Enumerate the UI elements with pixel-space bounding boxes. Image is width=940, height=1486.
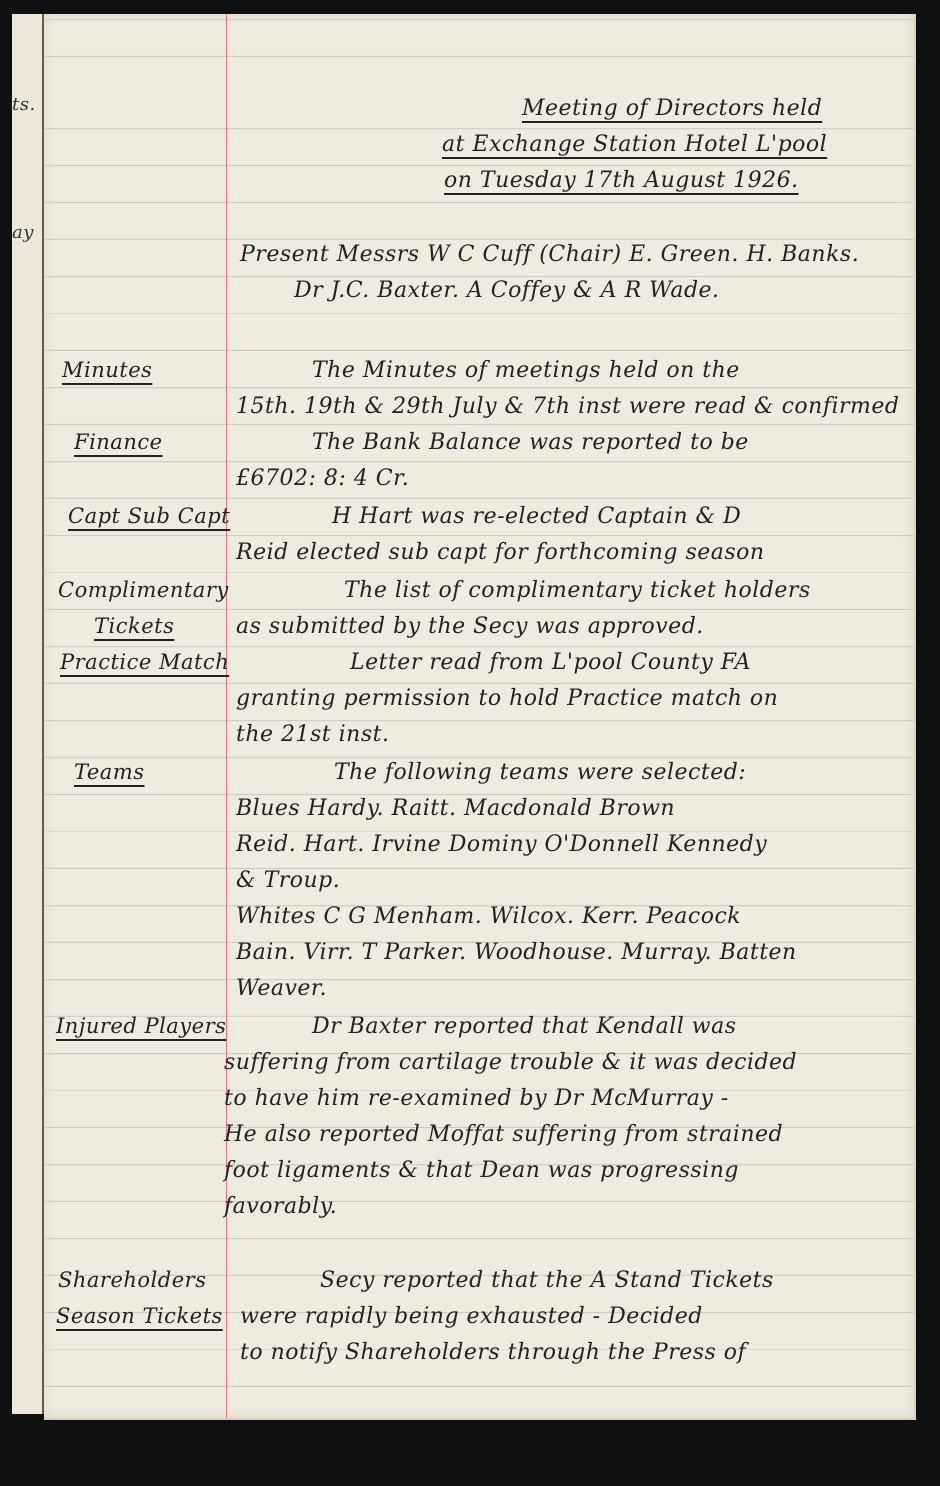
teams-line-whites-2: Bain. Virr. T Parker. Woodhouse. Murray.…	[236, 940, 797, 965]
minutes-line-1: The Minutes of meetings held on the	[312, 358, 740, 383]
ruled-lines	[44, 14, 914, 1418]
teams-line-1: The following teams were selected:	[334, 760, 746, 785]
complimentary-line-2: as submitted by the Secy was approved.	[236, 614, 704, 639]
present-line-1: Present Messrs W C Cuff (Chair) E. Green…	[240, 242, 859, 267]
heading-line-2: at Exchange Station Hotel L'pool	[442, 132, 827, 157]
practice-line-3: the 21st inst.	[236, 722, 389, 747]
injured-line-1: Dr Baxter reported that Kendall was	[312, 1014, 737, 1039]
prev-page-fragment: ay	[12, 222, 34, 243]
practice-line-1: Letter read from L'pool County FA	[350, 650, 751, 675]
margin-heading-shareholders: Shareholders	[58, 1268, 206, 1292]
teams-line-blues-2: Reid. Hart. Irvine Dominy O'Donnell Kenn…	[236, 832, 767, 857]
heading-line-1: Meeting of Directors held	[522, 96, 822, 121]
margin-heading-practice-match: Practice Match	[60, 650, 229, 674]
heading-line-3: on Tuesday 17th August 1926.	[444, 168, 799, 193]
margin-heading-injured-players: Injured Players	[56, 1014, 226, 1038]
finance-line-2: £6702: 8: 4 Cr.	[236, 466, 409, 491]
injured-line-4: He also reported Moffat suffering from s…	[224, 1122, 783, 1147]
injured-line-6: favorably.	[224, 1194, 337, 1219]
teams-line-blues-1: Blues Hardy. Raitt. Macdonald Brown	[236, 796, 675, 821]
present-line-2: Dr J.C. Baxter. A Coffey & A R Wade.	[294, 278, 720, 303]
margin-heading-finance: Finance	[74, 430, 163, 454]
margin-heading-teams: Teams	[74, 760, 145, 784]
shareholders-line-2: were rapidly being exhausted - Decided	[240, 1304, 703, 1329]
injured-line-2: suffering from cartilage trouble & it wa…	[224, 1050, 797, 1075]
minutes-line-2: 15th. 19th & 29th July & 7th inst were r…	[236, 394, 900, 419]
complimentary-line-1: The list of complimentary ticket holders	[344, 578, 811, 603]
margin-heading-tickets: Tickets	[94, 614, 174, 638]
injured-line-3: to have him re-examined by Dr McMurray -	[224, 1086, 729, 1111]
margin-heading-minutes: Minutes	[62, 358, 152, 382]
captain-line-1: H Hart was re-elected Captain & D	[332, 504, 741, 529]
shareholders-line-3: to notify Shareholders through the Press…	[240, 1340, 746, 1365]
teams-line-blues-3: & Troup.	[236, 868, 340, 893]
margin-heading-captain: Capt Sub Capt	[68, 504, 230, 528]
finance-line-1: The Bank Balance was reported to be	[312, 430, 749, 455]
injured-line-5: foot ligaments & that Dean was progressi…	[224, 1158, 739, 1183]
ledger-page: Meeting of Directors held at Exchange St…	[44, 14, 916, 1420]
previous-page-edge: ts. ay	[12, 14, 44, 1414]
margin-heading-complimentary: Complimentary	[58, 578, 229, 602]
prev-page-fragment: ts.	[12, 94, 36, 115]
margin-heading-season-tickets: Season Tickets	[56, 1304, 223, 1328]
practice-line-2: granting permission to hold Practice mat…	[236, 686, 778, 711]
captain-line-2: Reid elected sub capt for forthcoming se…	[236, 540, 765, 565]
teams-line-whites-3: Weaver.	[236, 976, 327, 1001]
shareholders-line-1: Secy reported that the A Stand Tickets	[320, 1268, 774, 1293]
teams-line-whites-1: Whites C G Menham. Wilcox. Kerr. Peacock	[236, 904, 741, 929]
